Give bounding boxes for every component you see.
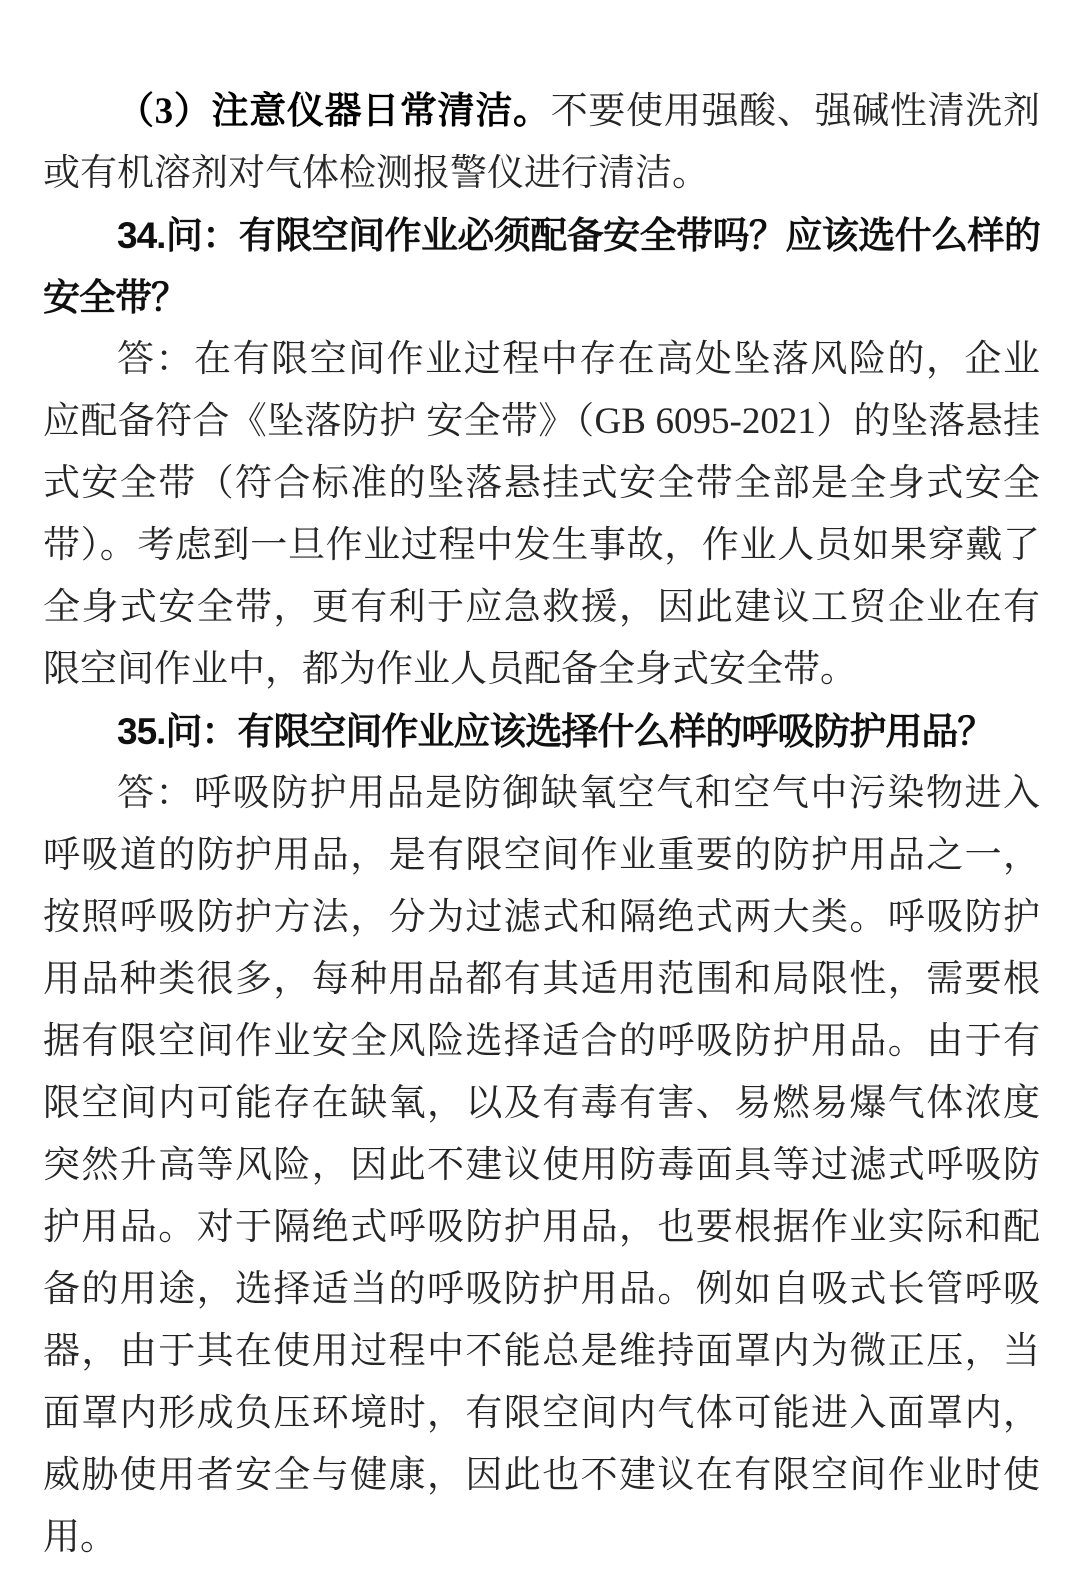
paragraph-instrument-cleaning: （3）注意仪器日常清洁。不要使用强酸、强碱性清洗剂或有机溶剂对气体检测报警仪进行… <box>43 81 1040 205</box>
question-35-heading: 35.问：有限空间作业应该选择什么样的呼吸防护用品？ <box>43 701 1040 763</box>
document-page: （3）注意仪器日常清洁。不要使用强酸、强碱性清洗剂或有机溶剂对气体检测报警仪进行… <box>0 0 1080 1584</box>
document-body: （3）注意仪器日常清洁。不要使用强酸、强碱性清洗剂或有机溶剂对气体检测报警仪进行… <box>43 81 1040 1569</box>
answer-34-paragraph: 答：在有限空间作业过程中存在高处坠落风险的，企业应配备符合《坠落防护 安全带》（… <box>43 329 1040 701</box>
instrument-cleaning-lead: （3）注意仪器日常清洁。 <box>117 91 551 132</box>
answer-35-paragraph: 答：呼吸防护用品是防御缺氧空气和空气中污染物进入呼吸道的防护用品，是有限空间作业… <box>43 763 1040 1569</box>
question-34-heading: 34.问：有限空间作业必须配备安全带吗？应该选什么样的安全带？ <box>43 205 1040 329</box>
